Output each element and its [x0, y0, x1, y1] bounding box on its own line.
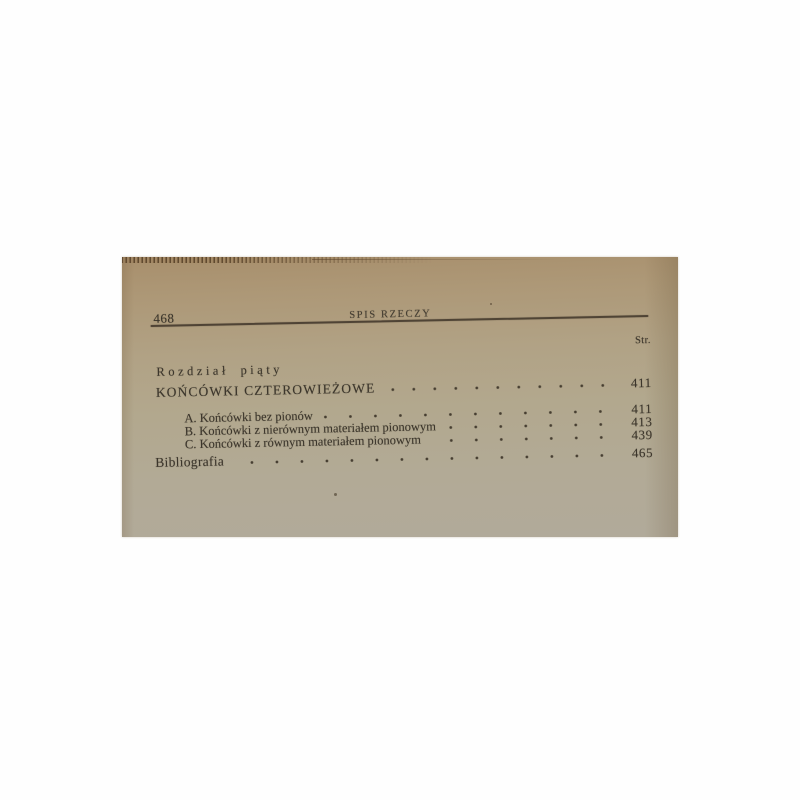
toc-entry-title: KOŃCÓWKI CZTEROWIEŻOWE	[156, 381, 376, 399]
toc-entry-page: 411	[622, 376, 652, 391]
chapter-label: Rozdział piąty	[156, 362, 283, 380]
toc-entry-title: Bibliografia	[155, 455, 224, 470]
running-title: SPIS RZECZY	[120, 304, 660, 326]
toc-entry-chapter: KOŃCÓWKI CZTEROWIEŻOWE 411	[156, 376, 652, 400]
photo-background: 468 SPIS RZECZY Str. Rozdział piąty KOŃC…	[0, 0, 800, 800]
toc-entry-page: 465	[623, 446, 653, 461]
dot-leader	[385, 377, 614, 396]
printed-content: 468 SPIS RZECZY Str. Rozdział piąty KOŃC…	[119, 251, 681, 542]
dot-leader	[234, 447, 615, 469]
page-column-header: Str.	[635, 335, 651, 346]
book-page: 468 SPIS RZECZY Str. Rozdział piąty KOŃC…	[122, 257, 678, 537]
dot-leader	[431, 429, 615, 447]
toc-entry-page: 439	[623, 428, 653, 443]
